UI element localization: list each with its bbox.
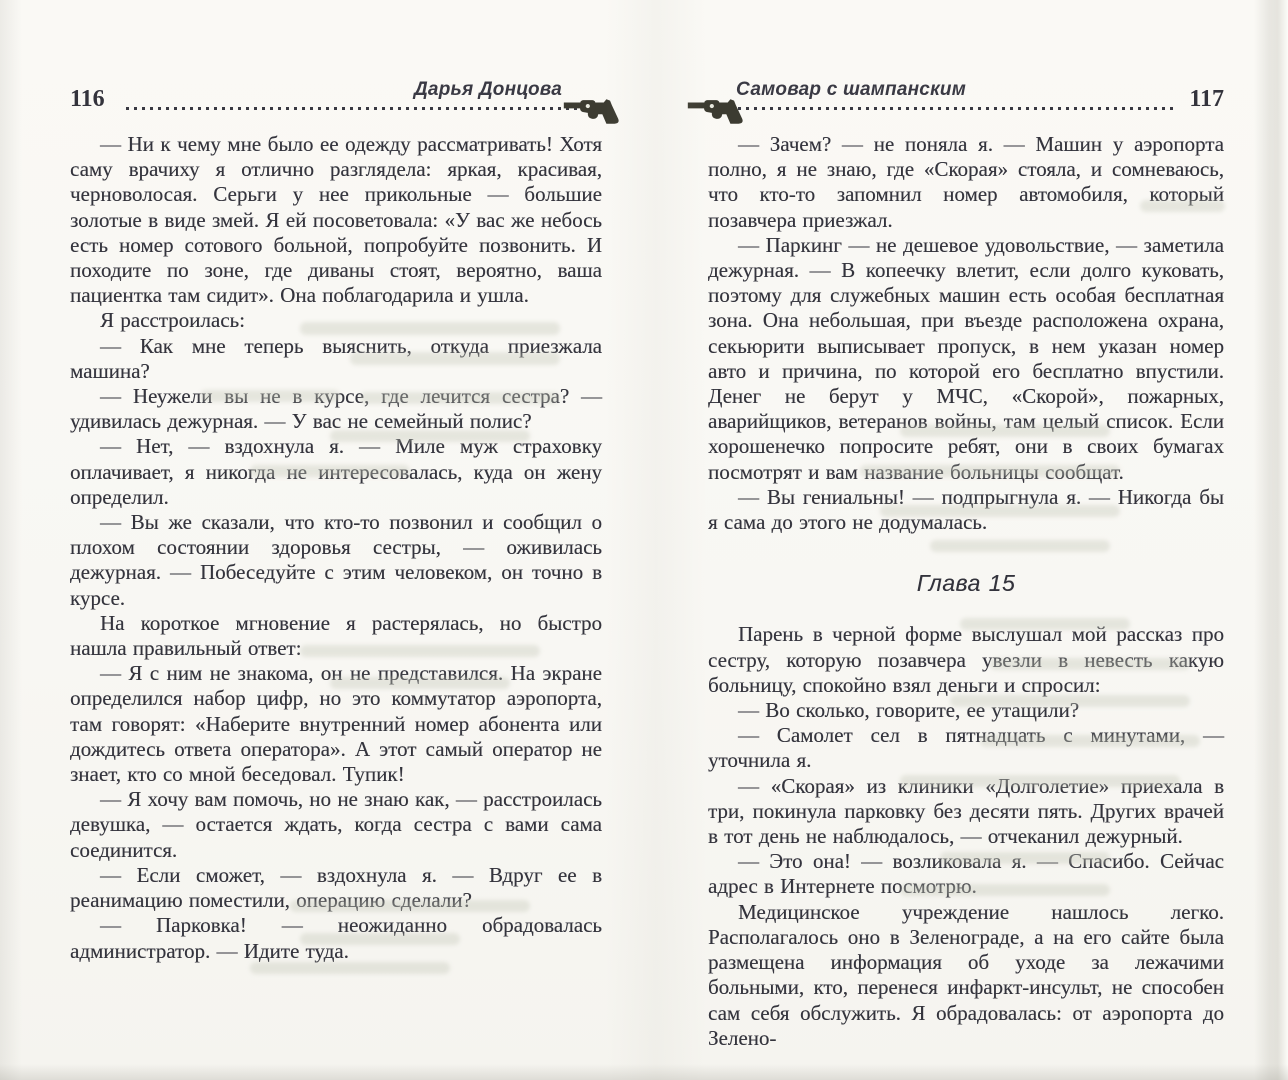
running-head-title: Самовар с шампанским (736, 79, 966, 101)
paragraph: — Это она! — возликовала я. — Спасибо. С… (708, 849, 1224, 899)
paragraph: Я расстроилась: (70, 308, 602, 333)
paragraph: — Ни к чему мне было ее одежду рассматри… (70, 132, 602, 308)
running-head-author: Дарья Донцова (414, 79, 562, 101)
page-number-left: 116 (70, 86, 105, 113)
right-page-body: — Зачем? — не поняла я. — Машин у аэропо… (708, 132, 1224, 1051)
paragraph: — Нет, — вздохнула я. — Миле муж страхов… (70, 434, 602, 510)
paragraph: — Зачем? — не поняла я. — Машин у аэропо… (708, 132, 1224, 233)
right-page-header: 117 Самовар с шампанским (708, 82, 1224, 136)
paragraph: — Вы же сказали, что кто-то позвонил и с… (70, 510, 602, 611)
paragraph: Парень в черной форме выслушал мой расск… (708, 622, 1224, 698)
paragraph: — Неужели вы не в курсе, где лечится сес… (70, 384, 602, 434)
paragraph: — Во сколько, говорите, ее утащили? (708, 698, 1224, 723)
left-page-body: — Ни к чему мне было ее одежду рассматри… (70, 132, 602, 964)
left-page: 116 Дарья Донцова — Ни к чему мне было е… (70, 0, 602, 1080)
page-edge-shadow (1254, 0, 1288, 1080)
paragraph: — Паркинг — не дешевое удовольствие, — з… (708, 233, 1224, 485)
paragraph: — Если сможет, — вздохнула я. — Вдруг ее… (70, 863, 602, 913)
paragraph: Медицинское учреждение нашлось легко. Ра… (708, 900, 1224, 1051)
page-edge-shadow (0, 1064, 1288, 1080)
chapter-heading: Глава 15 (708, 571, 1224, 596)
paragraph: — Я с ним не знакома, он не представился… (70, 661, 602, 787)
left-page-header: 116 Дарья Донцова (70, 82, 602, 136)
paragraph: — Вы гениальны! — подпрыгнула я. — Никог… (708, 485, 1224, 535)
paragraph: — Самолет сел в пятнадцать с минутами, —… (708, 723, 1224, 773)
right-page-body-top: — Зачем? — не поняла я. — Машин у аэропо… (708, 132, 1224, 535)
book-scan: 116 Дарья Донцова — Ни к чему мне было е… (0, 0, 1288, 1080)
right-page-body-bottom: Парень в черной форме выслушал мой расск… (708, 622, 1224, 1050)
paragraph: — «Скорая» из клиники «Долголетие» приех… (708, 774, 1224, 850)
page-number-right: 117 (1189, 86, 1224, 113)
paragraph: — Парковка! — неожиданно обрадовалась ад… (70, 913, 602, 963)
right-page: 117 Самовар с шампанским — Зачем? — не п… (708, 0, 1224, 1080)
page-gutter-shadow (606, 0, 706, 1080)
paragraph: На короткое мгновение я растерялась, но … (70, 611, 602, 661)
page-edge-shadow (0, 0, 22, 1080)
header-dotted-leader (126, 107, 598, 110)
paragraph: — Я хочу вам помочь, но не знаю как, — р… (70, 787, 602, 863)
header-dotted-leader (722, 107, 1174, 110)
paragraph: — Как мне теперь выяснить, откуда приезж… (70, 334, 602, 384)
